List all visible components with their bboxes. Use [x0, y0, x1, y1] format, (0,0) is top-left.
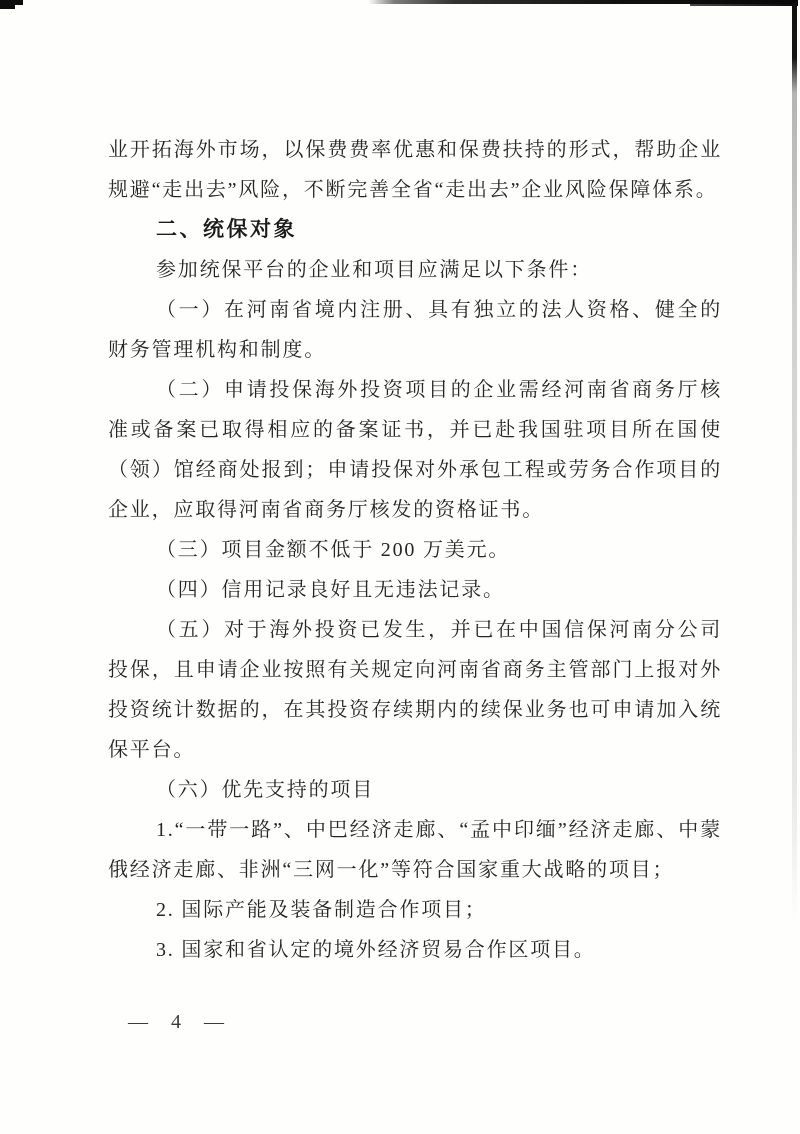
paragraph-item-1: （一）在河南省境内注册、具有独立的法人资格、健全的财务管理机构和制度。: [108, 290, 722, 370]
scan-artifact-top-left-corner-step: [10, 0, 23, 5]
scan-artifact-right-edge-streak: [792, 3, 797, 923]
scan-artifact-top-right-edge-line: [690, 0, 798, 6]
page-number: — 4 —: [128, 1010, 225, 1034]
paragraph-item-4: （四）信用记录良好且无违法记录。: [108, 570, 722, 610]
paragraph-conditions-intro: 参加统保平台的企业和项目应满足以下条件：: [108, 250, 722, 290]
document-body: 业开拓海外市场，以保费费率优惠和保费扶持的形式，帮助企业规避“走出去”风险，不断…: [108, 130, 722, 970]
section-heading: 二、统保对象: [108, 210, 722, 250]
paragraph-continuation: 业开拓海外市场，以保费费率优惠和保费扶持的形式，帮助企业规避“走出去”风险，不断…: [108, 130, 722, 210]
paragraph-item-6: （六）优先支持的项目: [108, 770, 722, 810]
paragraph-item-6-sub-3: 3. 国家和省认定的境外经济贸易合作区项目。: [108, 930, 722, 970]
scan-artifact-top-edge-line: [368, 0, 798, 4]
paragraph-item-2: （二）申请投保海外投资项目的企业需经河南省商务厅核准或备案已取得相应的备案证书，…: [108, 370, 722, 530]
paragraph-item-3: （三）项目金额不低于 200 万美元。: [108, 530, 722, 570]
paragraph-item-6-sub-1: 1.“一带一路”、中巴经济走廊、“孟中印缅”经济走廊、中蒙俄经济走廊、非洲“三网…: [108, 810, 722, 890]
scanned-document-page: 业开拓海外市场，以保费费率优惠和保费扶持的形式，帮助企业规避“走出去”风险，不断…: [0, 0, 800, 1134]
paragraph-item-6-sub-2: 2. 国际产能及装备制造合作项目；: [108, 890, 722, 930]
paragraph-item-5: （五）对于海外投资已发生，并已在中国信保河南分公司投保，且申请企业按照有关规定向…: [108, 610, 722, 770]
scan-artifact-top-left-corner: [0, 0, 15, 9]
